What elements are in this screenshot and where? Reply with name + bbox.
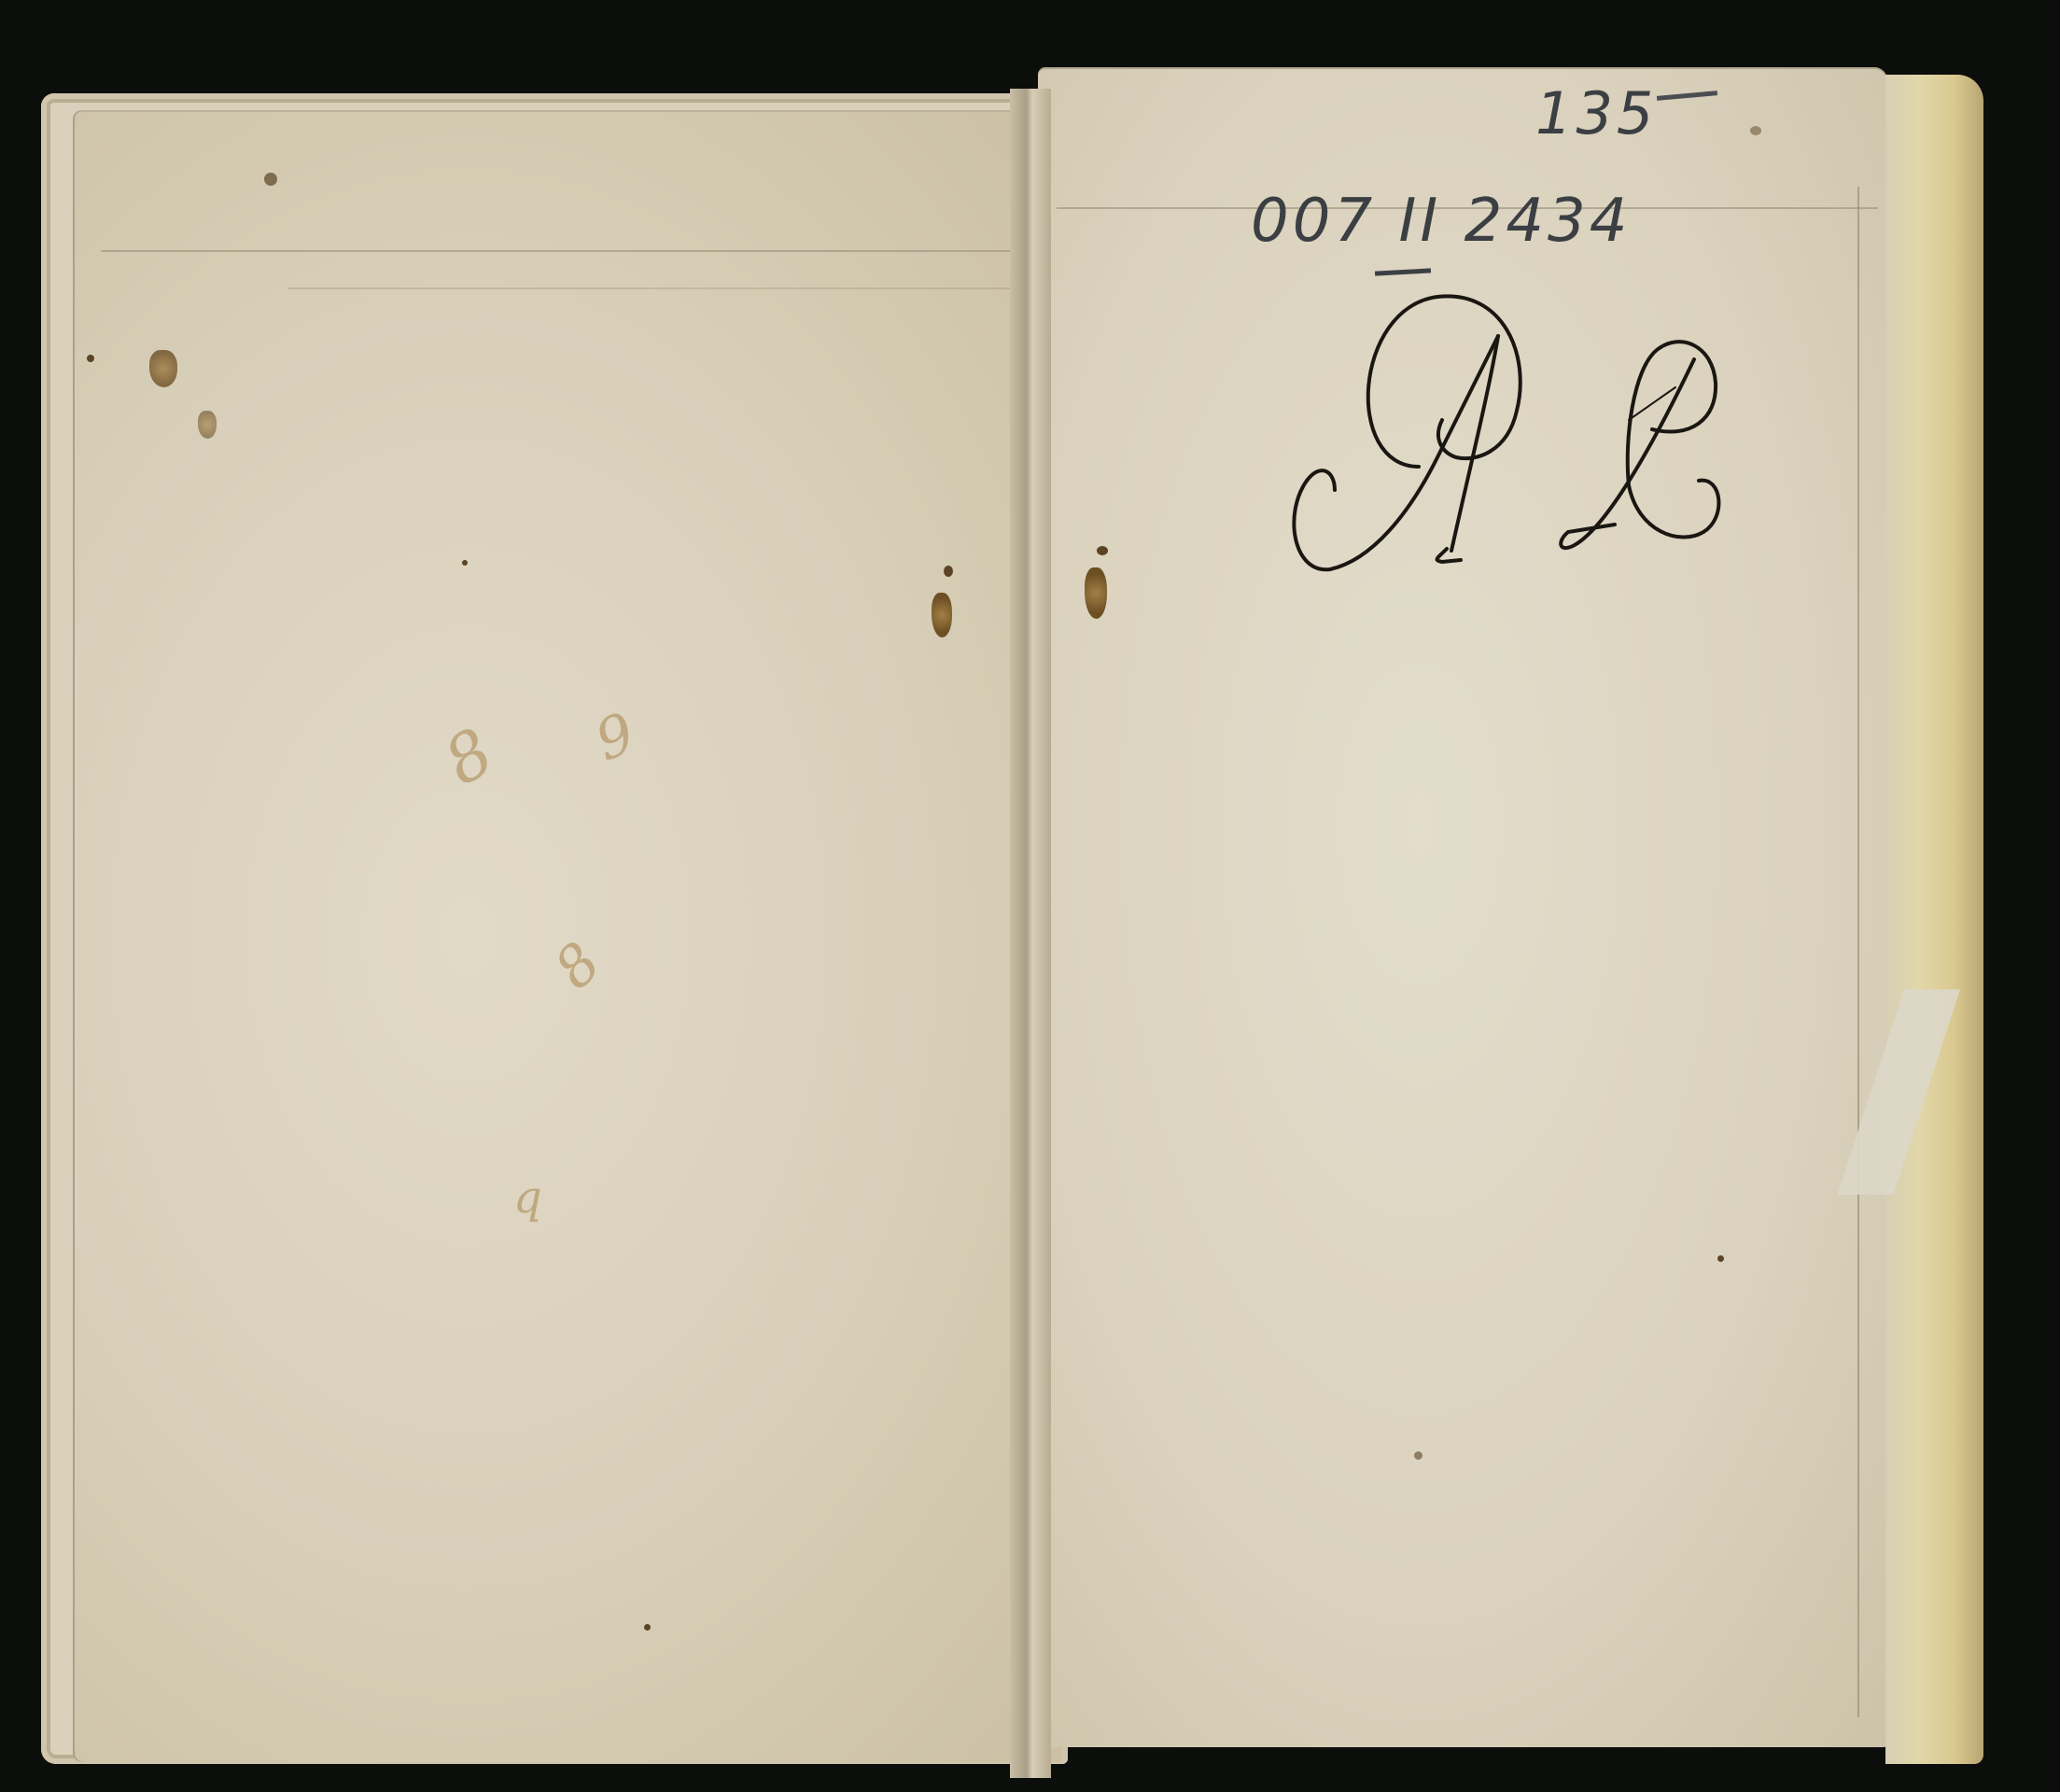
gutter — [1010, 89, 1051, 1778]
ink-monogram: AL — [1269, 280, 1792, 579]
vellum-cover-turnin — [1885, 75, 1983, 1764]
foxing-spot — [264, 173, 277, 186]
ink-stain — [198, 411, 217, 439]
ink-stain — [149, 350, 177, 387]
ink-stain — [1085, 567, 1107, 619]
foxing-spot — [1750, 126, 1761, 135]
foxing-spot — [87, 355, 94, 362]
foxing-spot — [1717, 1255, 1724, 1262]
shelfmark-volume: II — [1399, 187, 1442, 256]
ink-spot — [1097, 546, 1108, 555]
flyleaf-edge — [1857, 187, 1887, 1717]
shelfmark-prefix: 007 — [1251, 187, 1376, 256]
fold-line — [101, 250, 1053, 252]
shelfmark: 007 II 2434 — [1251, 187, 1631, 256]
book-scan: 8 9 8 q 135 007 II 2434 AL — [0, 0, 2060, 1792]
foxing-spot — [1414, 1451, 1422, 1460]
offset-mark: q — [513, 1171, 542, 1224]
foxing-spot — [644, 1624, 651, 1631]
foxing-spot — [462, 560, 468, 566]
folio-number: 135 — [1535, 79, 1657, 147]
ink-spot — [944, 566, 953, 577]
ink-stain — [932, 593, 952, 637]
shelfmark-number: 2434 — [1464, 187, 1632, 256]
fold-line — [287, 287, 1053, 289]
